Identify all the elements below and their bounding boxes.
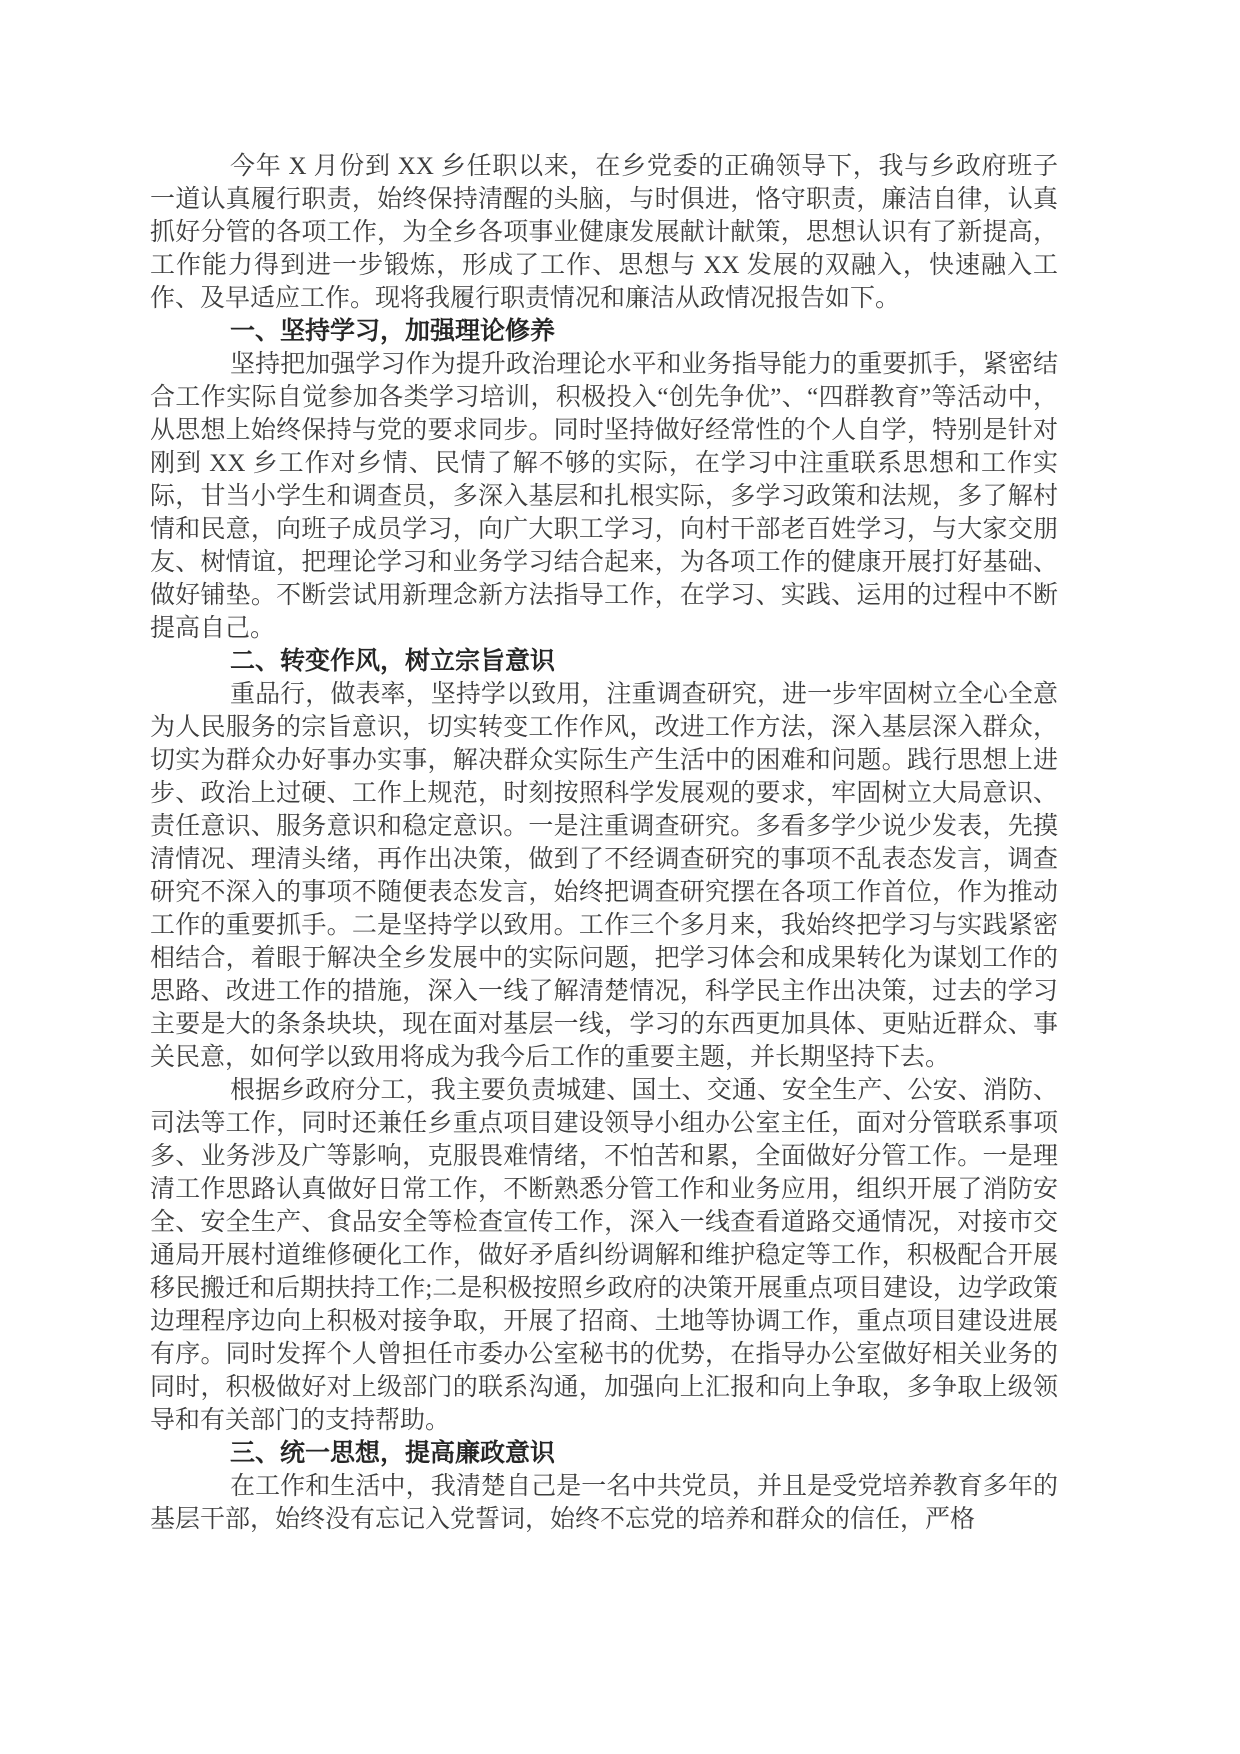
paragraph-section-2b: 根据乡政府分工，我主要负责城建、国土、交通、安全生产、公安、消防、司法等工作，同…	[150, 1074, 1058, 1437]
section-heading-2: 二、转变作风，树立宗旨意识	[150, 645, 1058, 678]
paragraph-intro: 今年 X 月份到 XX 乡任职以来，在乡党委的正确领导下，我与乡政府班子一道认真…	[150, 150, 1058, 315]
section-heading-3: 三、统一思想，提高廉政意识	[150, 1437, 1058, 1470]
paragraph-section-2a: 重品行，做表率，坚持学以致用，注重调查研究，进一步牢固树立全心全意为人民服务的宗…	[150, 678, 1058, 1074]
document-page: 今年 X 月份到 XX 乡任职以来，在乡党委的正确领导下，我与乡政府班子一道认真…	[0, 0, 1240, 1754]
document-content: 今年 X 月份到 XX 乡任职以来，在乡党委的正确领导下，我与乡政府班子一道认真…	[150, 150, 1058, 1536]
paragraph-section-3: 在工作和生活中，我清楚自己是一名中共党员，并且是受党培养教育多年的基层干部，始终…	[150, 1470, 1058, 1536]
section-heading-1: 一、坚持学习，加强理论修养	[150, 315, 1058, 348]
paragraph-section-1: 坚持把加强学习作为提升政治理论水平和业务指导能力的重要抓手，紧密结合工作实际自觉…	[150, 348, 1058, 645]
